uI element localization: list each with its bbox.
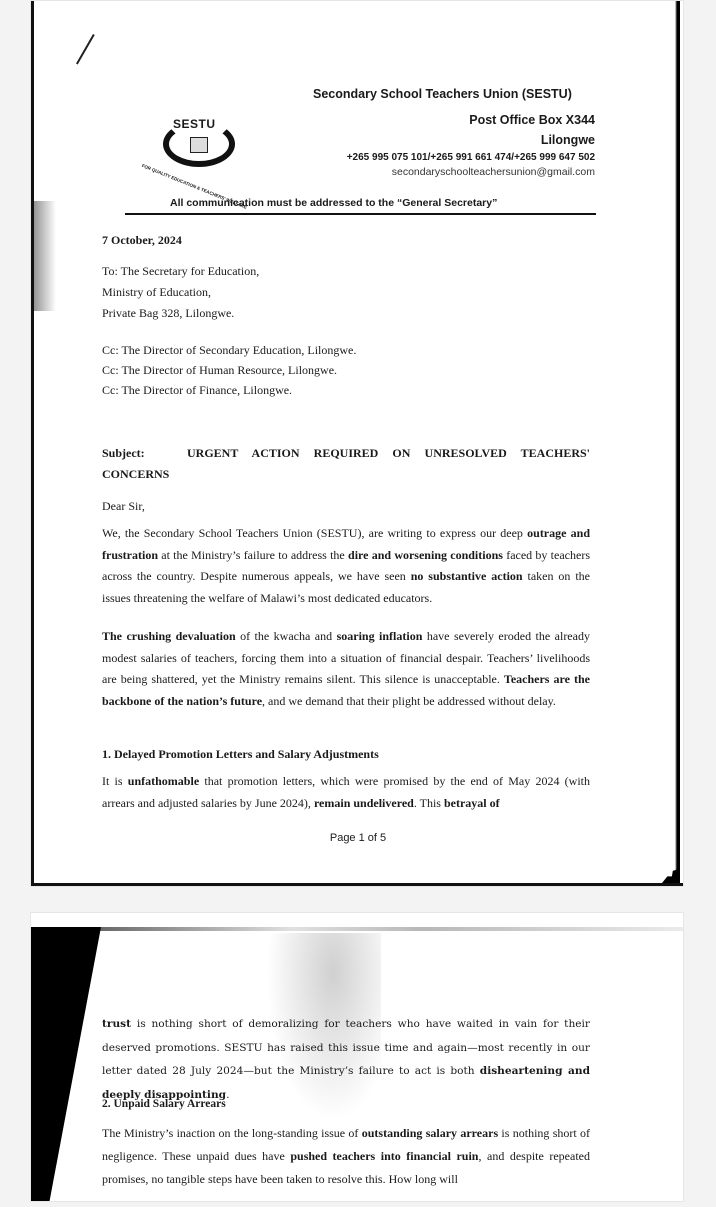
- cc-line: Cc: The Director of Secondary Education,…: [102, 340, 356, 361]
- letter-date: 7 October, 2024: [102, 230, 182, 251]
- po-box: Post Office Box X344: [469, 113, 595, 127]
- scan-edge: [31, 927, 683, 931]
- scan-edge: [31, 883, 683, 886]
- section-heading: 2. Unpaid Salary Arrears: [102, 1094, 226, 1115]
- cc-line: Cc: The Director of Finance, Lilongwe.: [102, 380, 292, 401]
- phone-numbers: +265 995 075 101/+265 991 661 474/+265 9…: [347, 152, 595, 163]
- paragraph: We, the Secondary School Teachers Union …: [102, 523, 590, 609]
- recipient-line: Ministry of Education,: [102, 282, 211, 303]
- city: Lilongwe: [541, 133, 595, 147]
- paragraph: The crushing devaluation of the kwacha a…: [102, 626, 590, 712]
- scan-shadow: [34, 201, 56, 311]
- salutation: Dear Sir,: [102, 496, 145, 517]
- section-heading: 1. Delayed Promotion Letters and Salary …: [102, 744, 379, 765]
- scan-corner: [31, 927, 101, 1202]
- email-address: secondaryschoolteachersunion@gmail.com: [392, 166, 595, 178]
- paragraph: trust is nothing short of demoralizing f…: [102, 1013, 590, 1107]
- scan-edge: [675, 1, 680, 886]
- communication-notice: All communication must be addressed to t…: [170, 197, 497, 209]
- subject-line-2: CONCERNS: [102, 464, 169, 485]
- recipient-line: To: The Secretary for Education,: [102, 261, 259, 282]
- cc-line: Cc: The Director of Human Resource, Lilo…: [102, 360, 337, 381]
- pen-mark-icon: [76, 34, 95, 64]
- page-number: Page 1 of 5: [0, 832, 716, 844]
- subject-line: Subject: URGENT ACTION REQUIRED ON UNRES…: [102, 443, 590, 465]
- logo-title: SESTU: [173, 117, 216, 131]
- org-name: Secondary School Teachers Union (SESTU): [313, 87, 572, 101]
- paragraph: It is unfathomable that promotion letter…: [102, 771, 590, 814]
- recipient-line: Private Bag 328, Lilongwe.: [102, 303, 234, 324]
- scan-edge: [31, 1, 34, 886]
- divider: [125, 213, 596, 215]
- paragraph: The Ministry’s inaction on the long-stan…: [102, 1122, 590, 1191]
- book-hands-logo-icon: SESTU FOR QUALITY EDUCATION & TEACHERS' …: [145, 117, 260, 187]
